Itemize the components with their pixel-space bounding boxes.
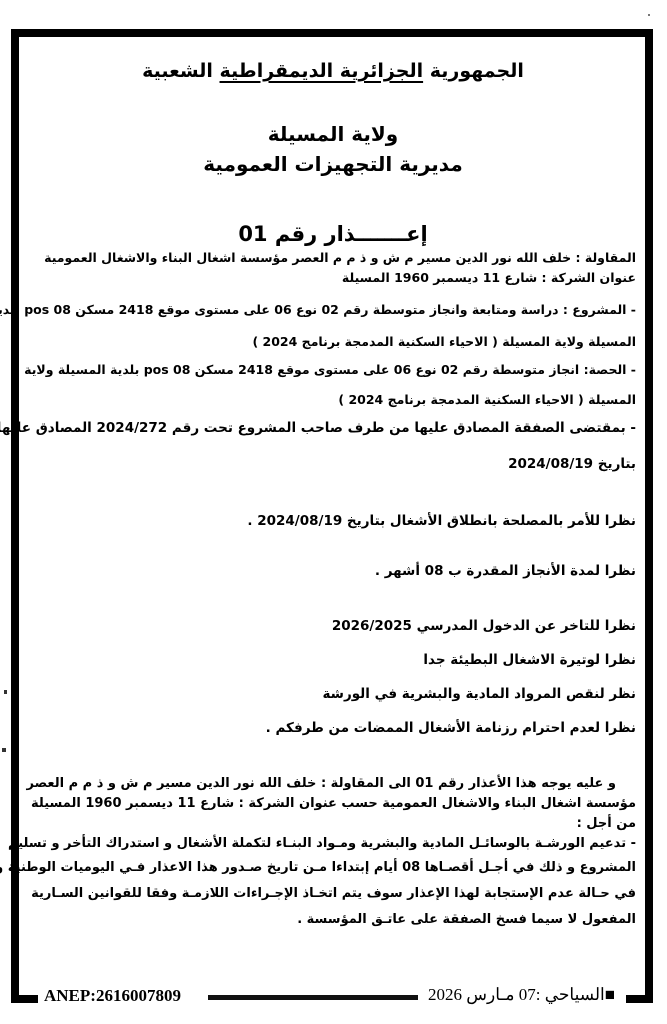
demand-line: في حـالة عدم الإستجابة لهذا الإعذار سوف … [31,886,636,901]
demand-line: المشروع و ذلك في أجـل أقصـاها 08 أيام إب… [0,860,636,875]
footer-divider [208,995,418,1000]
contract-line-2: بتاريخ 2024/08/19 [508,456,636,472]
anep-reference: ANEP:2616007809 [44,986,181,1006]
address-line: عنوان الشركة : شارع 11 ديسمبر 1960 المسي… [342,270,636,285]
republic-part1: الجمهورية [430,60,524,82]
republic-part2: الشعبية [142,60,213,82]
consideration-item: نظرا لمدة الأنجاز المقدرة ب 08 أشهر . [375,563,636,579]
scan-speck [2,748,6,752]
frame-border-left [11,29,19,1003]
lot-line-1: - الحصة: انجاز متوسطة رقم 02 نوع 06 على … [24,362,636,377]
conclusion-line-3: من أجل : [577,816,636,831]
consideration-item: نظرا للأمر بالمصلحة بانطلاق الأشغال بتار… [247,513,636,529]
consideration-item: نظرا للتاخر عن الدخول المدرسي 2026/2025 [332,618,636,634]
contract-line-1: - بمقتضى الصفقة المصادق عليها من طرف صاح… [0,420,636,436]
frame-border-top [11,29,653,37]
consideration-item: نظرا لوتيرة الاشغال البطيئة جدا [423,652,636,668]
publication-date: ■السياحي :07 مـارس 2026 [428,985,615,1005]
consideration-item: نظر لنقص المرواد المادية والبشرية في الو… [322,686,636,702]
republic-heading: الجمهورية الجزائرية الديمقراطية الشعبية [30,60,636,82]
wilaya-heading: ولاية المسيلة [30,122,636,146]
republic-underlined: الجزائرية الديمقراطية [220,60,424,82]
frame-border-right [645,29,653,1003]
project-line-1: - المشروع : دراسة ومتابعة وانجاز متوسطة … [0,302,636,317]
notice-title: إعـــــــذار رقم 01 [30,222,636,246]
lot-line-2: المسيلة ( الاحياء السكنية المدمجة برنامج… [338,392,636,407]
project-line-2: المسيلة ولاية المسيلة ( الاحياء السكنية … [252,334,636,349]
conclusion-line-1: و عليه يوجه هذا الأعذار رقم 01 الى المقا… [27,776,617,791]
scan-speck [648,14,650,16]
publication-footer: ANEP:2616007809 ■السياحي :07 مـارس 2026 [0,983,667,1013]
conclusion-line-2: مؤسسة اشغال البناء والاشغال العمومية حسب… [31,796,636,811]
demand-line: المفعول لا سيما فسخ الصفقة على عاتـق الم… [297,912,636,927]
contractor-line: المقاولة : خلف الله نور الدين مسير م ش و… [44,250,636,265]
scan-speck [4,690,7,694]
consideration-item: نظرا لعدم احترام رزنامة الأشغال الممضات … [266,720,636,736]
direction-heading: مديرية التجهيزات العمومية [30,152,636,176]
demand-line: - تدعيم الورشـة بالوسائـل المادية والبشر… [8,836,636,851]
